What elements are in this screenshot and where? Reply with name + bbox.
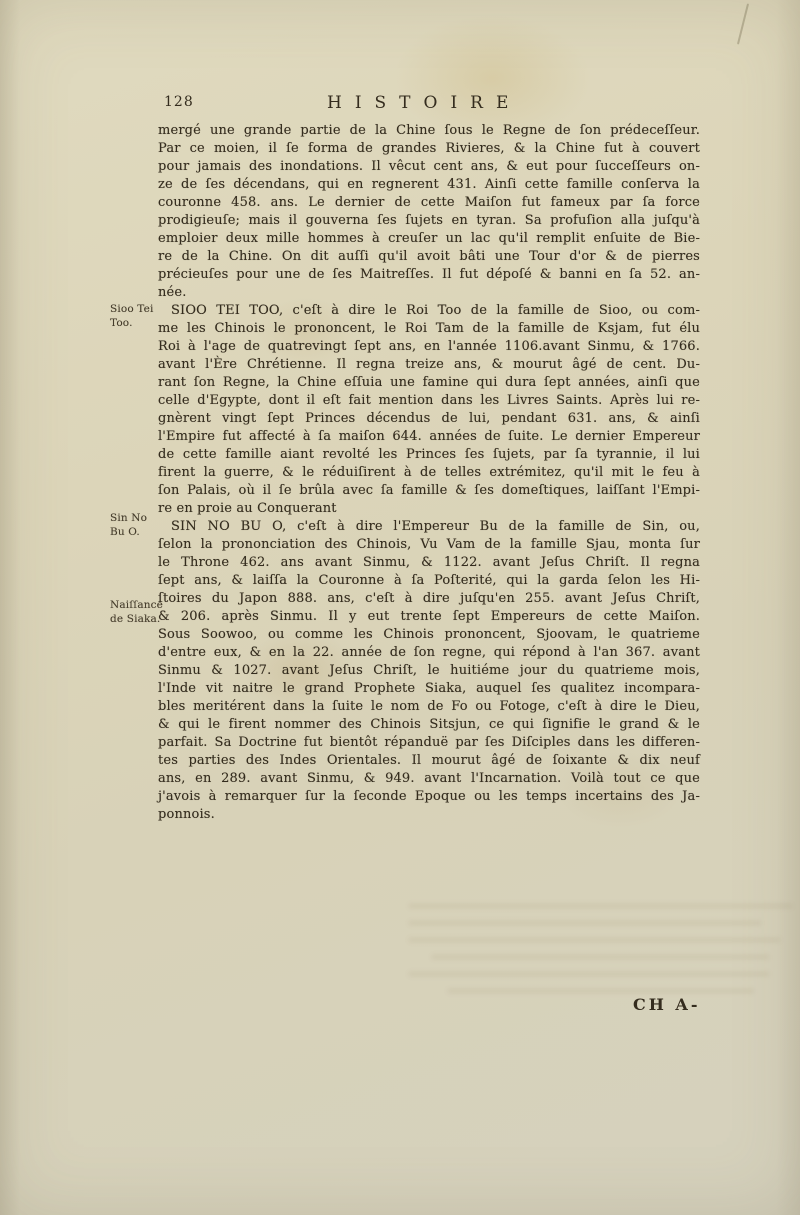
text-line: celle d'Egypte, dont il eſt fait mention…	[158, 392, 700, 410]
ghost-text-line	[408, 971, 770, 977]
body-text: mergé une grande partie de la Chine ſous…	[158, 122, 700, 824]
text-line: me les Chinois le prononcent, le Roi Tam…	[158, 320, 700, 338]
text-line: l'Empire fut affecté à ſa maiſon 644. an…	[158, 428, 700, 446]
text-line: Naiſſance	[110, 598, 166, 612]
text-line: ſtoires du Japon 888. ans, c'eſt à dire …	[158, 590, 700, 608]
book-page: 128 HISTOIRE mergé une grande partie de …	[0, 0, 800, 1215]
text-line: Sioo Tei	[110, 302, 166, 316]
text-line: Sous Soowoo, ou comme les Chinois pronon…	[158, 626, 700, 644]
text-line: Too.	[110, 316, 166, 330]
text-line: & qui le firent nommer des Chinois Sitsj…	[158, 716, 700, 734]
text-line: Sin No	[110, 511, 166, 525]
paragraph-continuation: mergé une grande partie de la Chine ſous…	[158, 122, 700, 302]
page-number: 128	[164, 94, 194, 110]
paper-crease-mark	[737, 3, 749, 44]
text-line: avant l'Ère Chrétienne. Il regna treize …	[158, 356, 700, 374]
text-line: Bu O.	[110, 525, 166, 539]
text-line: mergé une grande partie de la Chine ſous…	[158, 122, 700, 140]
margin-note-sioo-tei-too: Sioo TeiToo.	[110, 302, 166, 330]
text-line: ſelon la prononciation des Chinois, Vu V…	[158, 536, 700, 554]
text-line: d'entre eux, & en la 22. année de ſon re…	[158, 644, 700, 662]
text-line: rant ſon Regne, la Chine eſſuia une fami…	[158, 374, 700, 392]
text-line: prodigieuſe; mais il gouverna ſes ſujets…	[158, 212, 700, 230]
text-line: parfait. Sa Doctrine fut bientôt répandu…	[158, 734, 700, 752]
ghost-text-line	[408, 937, 781, 943]
text-line: de cette famille aiant revolté les Princ…	[158, 446, 700, 464]
ghost-text-line	[447, 988, 755, 994]
ghost-text-line	[431, 954, 770, 960]
text-line: de Siaka.	[110, 612, 166, 626]
text-line: couronne 458. ans. Le dernier de cette M…	[158, 194, 700, 212]
margin-note-naissance-de-siaka: Naiſſancede Siaka.	[110, 598, 166, 626]
ghost-text-line	[408, 920, 762, 926]
text-line: Roi à l'age de quatrevingt ſept ans, en …	[158, 338, 700, 356]
text-line: gnèrent vingt ſept Princes décendus de l…	[158, 410, 700, 428]
verso-show-through	[408, 903, 793, 1005]
text-line: ans, en 289. avant Sinmu, & 949. avant l…	[158, 770, 700, 788]
text-line: j'avois à remarquer ſur la ſeconde Epoqu…	[158, 788, 700, 806]
text-line: SIN NO BU O, c'eſt à dire l'Empereur Bu …	[158, 518, 700, 536]
text-line: pour jamais des inondations. Il vêcut ce…	[158, 158, 700, 176]
text-line: le Throne 462. ans avant Sinmu, & 1122. …	[158, 554, 700, 572]
margin-note-sin-no-bu-o: Sin NoBu O.	[110, 511, 166, 539]
text-line: tes parties des Indes Orientales. Il mou…	[158, 752, 700, 770]
text-line: ſept ans, & laiſſa la Couronne à ſa Poſt…	[158, 572, 700, 590]
paragraph-sioo-tei-too: SIOO TEI TOO, c'eſt à dire le Roi Too de…	[158, 302, 700, 518]
text-line: re de la Chine. On dit auſſi qu'il avoit…	[158, 248, 700, 266]
text-line: ponnois.	[158, 806, 700, 824]
text-line: & 206. après Sinmu. Il y eut trente ſept…	[158, 608, 700, 626]
text-line: SIOO TEI TOO, c'eſt à dire le Roi Too de…	[158, 302, 700, 320]
text-line: Sinmu & 1027. avant Jeſus Chriſt, le hui…	[158, 662, 700, 680]
text-line: l'Inde vit naitre le grand Prophete Siak…	[158, 680, 700, 698]
text-line: emploier deux mille hommes à creuſer un …	[158, 230, 700, 248]
text-line: précieuſes pour une de ſes Maitreſſes. I…	[158, 266, 700, 284]
text-line: bles meritérent dans la ſuite le nom de …	[158, 698, 700, 716]
text-line: ze de ſes décendans, qui en regnerent 43…	[158, 176, 700, 194]
text-line: re en proie au Conquerant	[158, 500, 700, 518]
paragraph-sin-no-bu-o: SIN NO BU O, c'eſt à dire l'Empereur Bu …	[158, 518, 700, 824]
text-line: Par ce moien, il ſe forma de grandes Riv…	[158, 140, 700, 158]
text-line: ſon Palais, où il ſe brûla avec ſa famil…	[158, 482, 700, 500]
ghost-text-line	[408, 903, 793, 909]
text-line: née.	[158, 284, 700, 302]
text-line: firent la guerre, & le réduiſirent à de …	[158, 464, 700, 482]
running-title: HISTOIRE	[327, 93, 521, 113]
